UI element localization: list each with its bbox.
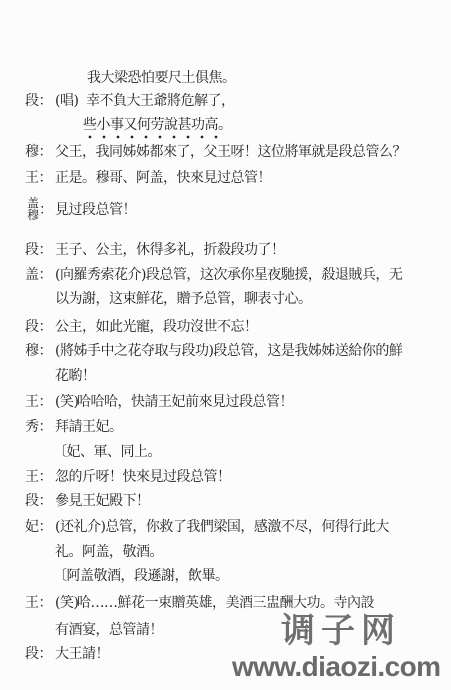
- speaker-label: 段：: [25, 241, 52, 259]
- dialogue-line: 穆： (將姊手中之花夺取与段功)段总管，这是我姊姊送給你的鮮: [0, 342, 451, 360]
- stage-direction: (笑): [55, 594, 78, 612]
- dialogue-line: 段： 參見王妃殿下！: [0, 492, 451, 510]
- dialogue-line: 穆： 父王，我同姊姊都來了，父王呀！这位將軍就是段总管么？: [0, 143, 451, 161]
- speaker-label: 段：: [25, 645, 52, 663]
- speaker-label: 王：: [25, 468, 52, 486]
- script-page: 我大梁恐怕要尺土俱焦。 段： (唱) 幸不負大王爺將危解了， 些小事又何劳說甚功…: [0, 0, 451, 690]
- verse-text: 幸不負大王爺將危解了，: [86, 92, 235, 110]
- verse-line: 我大梁恐怕要尺土俱焦。: [0, 69, 451, 87]
- speaker-label: 穆：: [25, 143, 52, 161]
- stage-direction: (笑): [55, 393, 78, 411]
- stage-direction: 〔妃、軍、同上。: [53, 443, 161, 461]
- dialogue-text: 哈……鮮花一束贈英雄，美酒三盅酬大功。寺內設: [77, 594, 374, 612]
- dialogue-text: 拜請王妃。: [55, 418, 123, 436]
- speaker-label: 王：: [25, 393, 52, 411]
- dialogue-text: 王子、公主，休得多礼，折殺段功了！: [55, 241, 285, 259]
- stage-direction: (唱): [55, 92, 78, 110]
- dialogue-text: 有酒宴，总管請！: [55, 621, 163, 639]
- dialogue-text: 花喲！: [55, 367, 96, 385]
- speaker-label: 妃：: [25, 518, 52, 536]
- dialogue-line: 盖： (向羅秀索花介)段总管，这次承你星夜馳援，殺退賊兵，无: [0, 266, 451, 284]
- dialogue-line: 見过段总管！: [0, 201, 451, 219]
- dialogue-text: 見过段总管！: [55, 201, 136, 219]
- dialogue-line: 王： 正是。穆哥、阿盖，快來見过总管！: [0, 169, 451, 187]
- dialogue-text: 大王請！: [55, 645, 109, 663]
- dialogue-text: 礼。阿盖，敬酒。: [55, 543, 163, 561]
- stage-direction: 〔阿盖敬酒，段遜謝，飲畢。: [53, 567, 229, 585]
- dialogue-line: 段： 公主，如此光寵，段功沒世不忘！: [0, 318, 451, 336]
- continuation-line: 以为謝，这束鮮花，贈予总管，聊表寸心。: [0, 290, 451, 308]
- speaker-label: 王：: [25, 169, 52, 187]
- dialogue-text: 忽的斤呀！快來見过段总管！: [55, 468, 231, 486]
- verse-text: 些小事又何劳說甚功高。: [83, 116, 232, 134]
- dialogue-line: 王： 忽的斤呀！快來見过段总管！: [0, 468, 451, 486]
- dialogue-line: 段： 王子、公主，休得多礼，折殺段功了！: [0, 241, 451, 259]
- dialogue-text: 參見王妃殿下！: [55, 492, 150, 510]
- verse-text: 我大梁恐怕要尺土俱焦。: [87, 69, 236, 87]
- verse-line: 些小事又何劳說甚功高。: [0, 116, 451, 134]
- dialogue-text: 正是。穆哥、阿盖，快來見过总管！: [55, 169, 271, 187]
- stage-direction-line: 〔阿盖敬酒，段遜謝，飲畢。: [0, 567, 451, 585]
- dialogue-text: (还礼介)总管，你救了我們梁国，感激不尽，何得行此大: [55, 518, 389, 536]
- speaker-label: 穆：: [25, 342, 52, 360]
- dialogue-text: (將姊手中之花夺取与段功)段总管，这是我姊姊送給你的鮮: [55, 342, 402, 360]
- watermark-url: www.diaozi.com: [232, 651, 440, 683]
- dialogue-line: 秀： 拜請王妃。: [0, 418, 451, 436]
- dialogue-line: 段： (唱) 幸不負大王爺將危解了，: [0, 92, 451, 110]
- speaker-label: 盖：: [25, 266, 52, 284]
- emphasis-dots: [83, 135, 223, 139]
- speaker-label: 段：: [25, 492, 52, 510]
- speaker-label: 王：: [25, 594, 52, 612]
- dialogue-line: 王： (笑) 哈哈哈，快請王妃前來見过段总管！: [0, 393, 451, 411]
- speaker-label: 秀：: [25, 418, 52, 436]
- continuation-line: 礼。阿盖，敬酒。: [0, 543, 451, 561]
- speaker-label: 段：: [25, 318, 52, 336]
- dialogue-text: (向羅秀索花介)段总管，这次承你星夜馳援，殺退賊兵，无: [55, 266, 402, 284]
- dialogue-line: 王： (笑) 哈……鮮花一束贈英雄，美酒三盅酬大功。寺內設: [0, 594, 451, 612]
- dialogue-text: 父王，我同姊姊都來了，父王呀！这位將軍就是段总管么？: [55, 143, 406, 161]
- stage-direction-line: 〔妃、軍、同上。: [0, 443, 451, 461]
- continuation-line: 花喲！: [0, 367, 451, 385]
- dialogue-text: 哈哈哈，快請王妃前來見过段总管！: [77, 393, 293, 411]
- watermark-brand: 调子网: [281, 611, 401, 651]
- dialogue-line: 妃： (还礼介)总管，你救了我們梁国，感激不尽，何得行此大: [0, 518, 451, 536]
- speaker-label: 段：: [25, 92, 52, 110]
- dialogue-text: 公主，如此光寵，段功沒世不忘！: [55, 318, 258, 336]
- dialogue-text: 以为謝，这束鮮花，贈予总管，聊表寸心。: [55, 290, 312, 308]
